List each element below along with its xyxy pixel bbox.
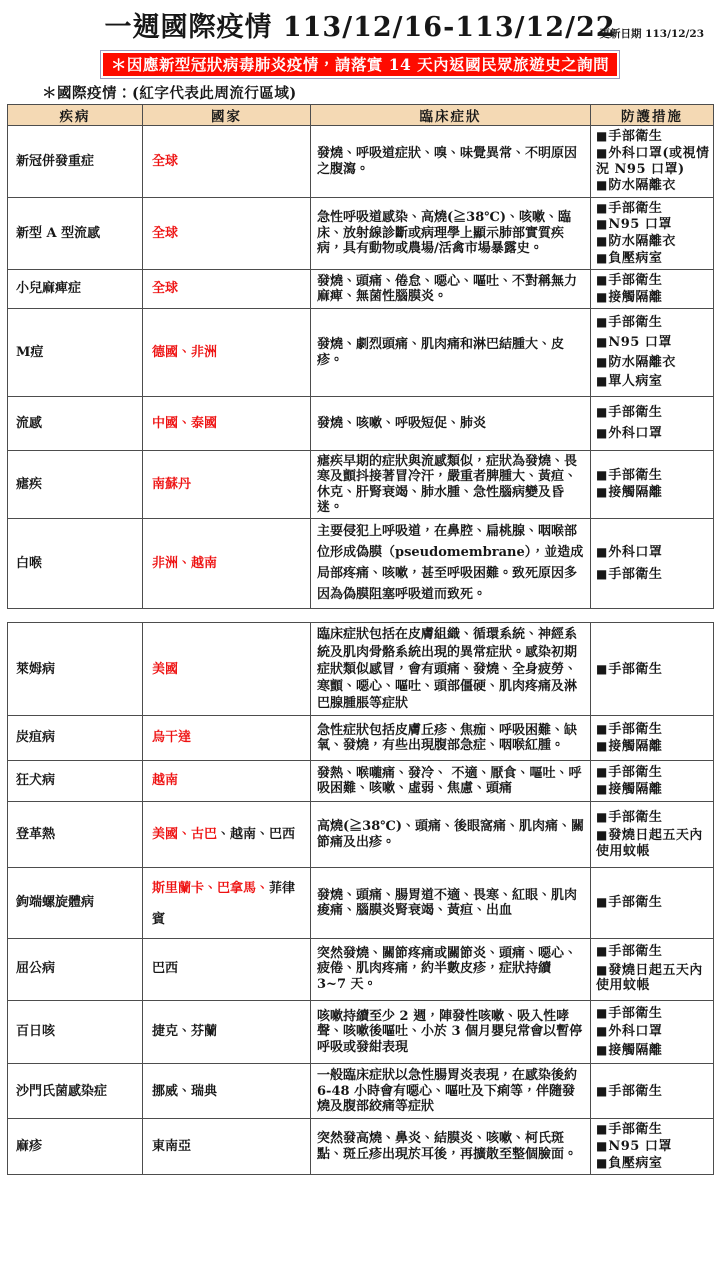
measure-item: ■手部衛生	[596, 129, 710, 145]
checkbox-square-icon: ■	[596, 567, 607, 581]
clinical-symptoms: 高燒(≧38℃)、頭痛、後眼窩痛、肌肉痛、關節痛及出疹。	[311, 802, 591, 868]
disease-row: 鉤端螺旋體病斯里蘭卡、巴拿馬、菲律賓發燒、頭痛、腸胃道不適、畏寒、紅眼、肌肉痠痛…	[8, 868, 714, 938]
disease-row: 白喉非洲、越南主要侵犯上呼吸道，在鼻腔、扁桃腺、咽喉部位形成偽膜（pseudom…	[8, 519, 714, 609]
measure-label: 防水隔離衣	[608, 234, 676, 249]
checkbox-square-icon: ■	[596, 468, 607, 482]
measure-item: ■手部衛生	[596, 1084, 710, 1100]
disease-name: 麻疹	[8, 1119, 143, 1175]
disease-name: 屈公病	[8, 938, 143, 1000]
disease-row: 小兒麻痺症全球發燒、頭痛、倦怠、噁心、嘔吐、不對稱無力麻痺、無菌性腦膜炎。■手部…	[8, 270, 714, 309]
checkbox-square-icon: ■	[596, 895, 607, 909]
table-body: 萊姆病美國臨床症狀包括在皮膚組織、循環系統、神經系統及肌肉骨骼系統出現的異常症狀…	[8, 623, 714, 1175]
measure-item: ■外科口罩	[596, 1024, 710, 1040]
clinical-symptoms: 臨床症狀包括在皮膚組織、循環系統、神經系統及肌肉骨骼系統出現的異常症狀。感染初期…	[311, 623, 591, 716]
covid-notice-banner: ＊因應新型冠狀病毒肺炎疫情，請落實 14 天內返國民眾旅遊史之詢問	[100, 50, 620, 79]
protective-measures: ■手部衛生■發燒日起五天內使用蚊帳	[591, 938, 714, 1000]
measure-label: 接觸隔離	[608, 290, 662, 305]
disease-name: 白喉	[8, 519, 143, 609]
checkbox-square-icon: ■	[596, 739, 607, 753]
measure-label: 手部衛生	[608, 810, 662, 825]
protective-measures: ■手部衛生■外科口罩	[591, 396, 714, 450]
disease-row: 沙門氏菌感染症挪威、瑞典一般臨床症狀以急性腸胃炎表現，在感染後約 6-48 小時…	[8, 1064, 714, 1119]
measure-label: 手部衛生	[608, 1006, 662, 1021]
epidemic-table: 萊姆病美國臨床症狀包括在皮膚組織、循環系統、神經系統及肌肉骨骼系統出現的異常症狀…	[7, 622, 714, 1175]
measure-item: ■單人病室	[596, 374, 710, 390]
measure-label: 手部衛生	[608, 765, 662, 780]
country-list: 烏干達	[143, 716, 311, 761]
epidemic-table: 疾病國家臨床症狀防護措施新冠併發重症全球發燒、呼吸道症狀、嗅、味覺異常、不明原因…	[7, 104, 714, 609]
disease-row: 屈公病巴西突然發燒、關節疼痛或關節炎、頭痛、噁心、疲倦、肌肉疼痛，約半數皮疹，症…	[8, 938, 714, 1000]
clinical-symptoms: 咳嗽持續至少 2 週，陣發性咳嗽、吸入性哮聲、咳嗽後嘔吐、小於 3 個月嬰兒常會…	[311, 1000, 591, 1064]
measure-item: ■手部衛生	[596, 944, 710, 960]
country-epidemic-region: 南蘇丹	[152, 477, 191, 492]
disease-row: 炭疽病烏干達急性症狀包括皮膚丘疹、焦痂、呼吸困難、缺氧、發燒，有些出現腹部急症、…	[8, 716, 714, 761]
disease-name: 新型 A 型流感	[8, 197, 143, 269]
protective-measures: ■手部衛生	[591, 623, 714, 716]
measure-label: 手部衛生	[608, 468, 662, 483]
country-list: 非洲、越南	[143, 519, 311, 609]
checkbox-square-icon: ■	[596, 765, 607, 779]
country-name: 捷克、芬蘭	[152, 1024, 217, 1039]
disease-name: 瘧疾	[8, 450, 143, 518]
covid-notice-text: ＊因應新型冠狀病毒肺炎疫情，請落實 14 天內返國民眾旅遊史之詢問	[103, 53, 617, 76]
country-list: 斯里蘭卡、巴拿馬、菲律賓	[143, 868, 311, 938]
country-list: 東南亞	[143, 1119, 311, 1175]
measure-label: 發燒日起五天內使用蚊帳	[596, 828, 703, 859]
measure-item: ■手部衛生	[596, 1006, 710, 1022]
disease-row: 瘧疾南蘇丹瘧疾早期的症狀與流感類似，症狀為發燒、畏寒及顫抖接著冒冷汗，嚴重者脾腫…	[8, 450, 714, 518]
checkbox-square-icon: ■	[596, 722, 607, 736]
measure-item: ■防水隔離衣	[596, 234, 710, 250]
protective-measures: ■手部衛生■N95 口罩■負壓病室	[591, 1119, 714, 1175]
disease-row: 狂犬病越南發熱、喉嚨痛、發冷、 不適、厭食、嘔吐、呼吸困難、咳嗽、虛弱、焦慮、頭…	[8, 761, 714, 802]
checkbox-square-icon: ■	[596, 1043, 607, 1057]
protective-measures: ■手部衛生	[591, 1064, 714, 1119]
country-list: 越南	[143, 761, 311, 802]
column-header: 國家	[143, 105, 311, 126]
measure-label: 手部衛生	[608, 944, 662, 959]
country-list: 中國、泰國	[143, 396, 311, 450]
protective-measures: ■手部衛生■外科口罩■接觸隔離	[591, 1000, 714, 1064]
protective-measures: ■手部衛生■接觸隔離	[591, 761, 714, 802]
clinical-symptoms: 發燒、咳嗽、呼吸短促、肺炎	[311, 396, 591, 450]
bulletin-page: 一週國際疫情 113/12/16-113/12/22 更新日期 113/12/2…	[0, 0, 720, 1280]
measure-label: 外科口罩(或視情況 N95 口罩)	[596, 146, 710, 177]
clinical-symptoms: 急性症狀包括皮膚丘疹、焦痂、呼吸困難、缺氧、發燒，有些出現腹部急症、咽喉紅腫。	[311, 716, 591, 761]
country-name: 、越南、巴西	[217, 827, 295, 842]
checkbox-square-icon: ■	[596, 426, 607, 440]
measure-label: N95 口罩	[608, 217, 672, 232]
checkbox-square-icon: ■	[596, 782, 607, 796]
country-epidemic-region: 烏干達	[152, 730, 191, 745]
disease-name: 新冠併發重症	[8, 126, 143, 197]
measure-label: 負壓病室	[608, 251, 662, 266]
measure-item: ■手部衛生	[596, 895, 710, 911]
measure-item: ■N95 口罩	[596, 1139, 710, 1155]
checkbox-square-icon: ■	[596, 963, 607, 977]
measure-label: 手部衛生	[608, 273, 662, 288]
measure-label: 防水隔離衣	[608, 178, 676, 193]
measure-item: ■N95 口罩	[596, 217, 710, 233]
measure-label: 接觸隔離	[608, 485, 662, 500]
protective-measures: ■手部衛生	[591, 868, 714, 938]
disease-row: 萊姆病美國臨床症狀包括在皮膚組織、循環系統、神經系統及肌肉骨骼系統出現的異常症狀…	[8, 623, 714, 716]
country-epidemic-region: 德國、非洲	[152, 345, 217, 360]
measure-label: N95 口罩	[608, 1139, 672, 1154]
measure-label: 手部衛生	[608, 405, 662, 420]
checkbox-square-icon: ■	[596, 374, 607, 388]
disease-row: 百日咳捷克、芬蘭咳嗽持續至少 2 週，陣發性咳嗽、吸入性哮聲、咳嗽後嘔吐、小於 …	[8, 1000, 714, 1064]
checkbox-square-icon: ■	[596, 1139, 607, 1153]
disease-name: 鉤端螺旋體病	[8, 868, 143, 938]
clinical-symptoms: 發燒、呼吸道症狀、嗅、味覺異常、不明原因之腹瀉。	[311, 126, 591, 197]
clinical-symptoms: 突然發高燒、鼻炎、結膜炎、咳嗽、柯氏斑點、斑丘疹出現於耳後，再擴散至整個臉面。	[311, 1119, 591, 1175]
measure-item: ■負壓病室	[596, 251, 710, 267]
checkbox-square-icon: ■	[596, 1006, 607, 1020]
disease-name: 小兒麻痺症	[8, 270, 143, 309]
country-list: 捷克、芬蘭	[143, 1000, 311, 1064]
measure-item: ■手部衛生	[596, 567, 710, 583]
measure-item: ■發燒日起五天內使用蚊帳	[596, 828, 710, 859]
protective-measures: ■手部衛生■接觸隔離	[591, 450, 714, 518]
table-head: 疾病國家臨床症狀防護措施	[8, 105, 714, 126]
measure-label: 手部衛生	[608, 1084, 662, 1099]
protective-measures: ■手部衛生■N95 口罩■防水隔離衣■單人病室	[591, 309, 714, 396]
clinical-symptoms: 主要侵犯上呼吸道，在鼻腔、扁桃腺、咽喉部位形成偽膜（pseudomembrane…	[311, 519, 591, 609]
disease-table-1: 疾病國家臨床症狀防護措施新冠併發重症全球發燒、呼吸道症狀、嗅、味覺異常、不明原因…	[0, 104, 720, 609]
measure-label: 接觸隔離	[608, 782, 662, 797]
protective-measures: ■手部衛生■外科口罩(或視情況 N95 口罩)■防水隔離衣	[591, 126, 714, 197]
country-epidemic-region: 美國	[152, 662, 178, 677]
measure-item: ■防水隔離衣	[596, 178, 710, 194]
checkbox-square-icon: ■	[596, 1024, 607, 1038]
measure-label: 手部衛生	[608, 662, 662, 677]
measure-item: ■發燒日起五天內使用蚊帳	[596, 963, 710, 994]
measure-item: ■接觸隔離	[596, 782, 710, 798]
measure-label: 接觸隔離	[608, 739, 662, 754]
country-list: 全球	[143, 270, 311, 309]
checkbox-square-icon: ■	[596, 217, 607, 231]
measure-item: ■外科口罩	[596, 545, 710, 561]
measure-label: 外科口罩	[608, 545, 662, 560]
measure-item: ■接觸隔離	[596, 739, 710, 755]
country-list: 挪威、瑞典	[143, 1064, 311, 1119]
country-epidemic-region: 全球	[152, 281, 178, 296]
measure-label: 外科口罩	[608, 426, 662, 441]
measure-item: ■手部衛生	[596, 201, 710, 217]
checkbox-square-icon: ■	[596, 545, 607, 559]
country-epidemic-region: 全球	[152, 154, 178, 169]
measure-item: ■手部衛生	[596, 468, 710, 484]
checkbox-square-icon: ■	[596, 944, 607, 958]
disease-name: M痘	[8, 309, 143, 396]
checkbox-square-icon: ■	[596, 828, 607, 842]
measure-item: ■N95 口罩	[596, 335, 710, 351]
country-epidemic-region: 非洲、越南	[152, 556, 217, 571]
measure-label: 發燒日起五天內使用蚊帳	[596, 963, 703, 994]
update-date: 更新日期 113/12/23	[600, 26, 704, 41]
measure-item: ■接觸隔離	[596, 1043, 710, 1059]
measure-item: ■接觸隔離	[596, 290, 710, 306]
column-header: 臨床症狀	[311, 105, 591, 126]
measure-label: 手部衛生	[608, 567, 662, 582]
measure-label: 手部衛生	[608, 201, 662, 216]
country-epidemic-region: 越南	[152, 773, 178, 788]
country-name: 挪威、瑞典	[152, 1084, 217, 1099]
clinical-symptoms: 一般臨床症狀以急性腸胃炎表現，在感染後約 6-48 小時會有噁心、嘔吐及下痢等，…	[311, 1064, 591, 1119]
checkbox-square-icon: ■	[596, 273, 607, 287]
measure-item: ■負壓病室	[596, 1156, 710, 1172]
checkbox-square-icon: ■	[596, 335, 607, 349]
measure-label: 接觸隔離	[608, 1043, 662, 1058]
protective-measures: ■手部衛生■N95 口罩■防水隔離衣■負壓病室	[591, 197, 714, 269]
disease-name: 百日咳	[8, 1000, 143, 1064]
column-header: 疾病	[8, 105, 143, 126]
checkbox-square-icon: ■	[596, 290, 607, 304]
country-list: 巴西	[143, 938, 311, 1000]
protective-measures: ■手部衛生■接觸隔離	[591, 716, 714, 761]
protective-measures: ■手部衛生■接觸隔離	[591, 270, 714, 309]
measure-label: 負壓病室	[608, 1156, 662, 1171]
measure-label: 外科口罩	[608, 1024, 662, 1039]
checkbox-square-icon: ■	[596, 129, 607, 143]
country-name: 東南亞	[152, 1139, 191, 1154]
country-epidemic-region: 全球	[152, 226, 178, 241]
measure-item: ■外科口罩(或視情況 N95 口罩)	[596, 146, 710, 177]
disease-name: 流感	[8, 396, 143, 450]
protective-measures: ■手部衛生■發燒日起五天內使用蚊帳	[591, 802, 714, 868]
measure-label: 手部衛生	[608, 895, 662, 910]
section-label: ＊國際疫情：(紅字代表此周流行區域)	[42, 82, 720, 103]
checkbox-square-icon: ■	[596, 810, 607, 824]
clinical-symptoms: 急性呼吸道感染、高燒(≧38℃)、咳嗽、臨床、放射線診斷或病理學上顯示肺部實質疾…	[311, 197, 591, 269]
table-body: 新冠併發重症全球發燒、呼吸道症狀、嗅、味覺異常、不明原因之腹瀉。■手部衛生■外科…	[8, 126, 714, 609]
measure-item: ■手部衛生	[596, 273, 710, 289]
country-list: 全球	[143, 126, 311, 197]
country-list: 全球	[143, 197, 311, 269]
measure-item: ■防水隔離衣	[596, 355, 710, 371]
disease-row: 麻疹東南亞突然發高燒、鼻炎、結膜炎、咳嗽、柯氏斑點、斑丘疹出現於耳後，再擴散至整…	[8, 1119, 714, 1175]
measure-item: ■外科口罩	[596, 426, 710, 442]
measure-label: 單人病室	[608, 374, 662, 389]
measure-label: 手部衛生	[608, 315, 662, 330]
table-header-row: 疾病國家臨床症狀防護措施	[8, 105, 714, 126]
measure-label: 手部衛生	[608, 129, 662, 144]
checkbox-square-icon: ■	[596, 1084, 607, 1098]
checkbox-square-icon: ■	[596, 355, 607, 369]
checkbox-square-icon: ■	[596, 201, 607, 215]
measure-item: ■手部衛生	[596, 722, 710, 738]
document-header: 一週國際疫情 113/12/16-113/12/22 更新日期 113/12/2…	[0, 0, 720, 103]
country-name: 巴西	[152, 961, 178, 976]
country-list: 美國	[143, 623, 311, 716]
measure-label: 防水隔離衣	[608, 355, 676, 370]
clinical-symptoms: 瘧疾早期的症狀與流感類似，症狀為發燒、畏寒及顫抖接著冒冷汗，嚴重者脾腫大、黃疸、…	[311, 450, 591, 518]
country-epidemic-region: 斯里蘭卡、巴拿馬、	[152, 881, 269, 896]
clinical-symptoms: 發熱、喉嚨痛、發冷、 不適、厭食、嘔吐、呼吸困難、咳嗽、虛弱、焦慮、頭痛	[311, 761, 591, 802]
measure-item: ■手部衛生	[596, 315, 710, 331]
checkbox-square-icon: ■	[596, 485, 607, 499]
disease-row: 新冠併發重症全球發燒、呼吸道症狀、嗅、味覺異常、不明原因之腹瀉。■手部衛生■外科…	[8, 126, 714, 197]
disease-row: 流感中國、泰國發燒、咳嗽、呼吸短促、肺炎■手部衛生■外科口罩	[8, 396, 714, 450]
country-list: 美國、古巴、越南、巴西	[143, 802, 311, 868]
checkbox-square-icon: ■	[596, 662, 607, 676]
checkbox-square-icon: ■	[596, 1122, 607, 1136]
country-list: 南蘇丹	[143, 450, 311, 518]
clinical-symptoms: 發燒、頭痛、倦怠、噁心、嘔吐、不對稱無力麻痺、無菌性腦膜炎。	[311, 270, 591, 309]
checkbox-square-icon: ■	[596, 251, 607, 265]
checkbox-square-icon: ■	[596, 405, 607, 419]
checkbox-square-icon: ■	[596, 178, 607, 192]
clinical-symptoms: 發燒、頭痛、腸胃道不適、畏寒、紅眼、肌肉痠痛、腦膜炎腎衰竭、黃疸、出血	[311, 868, 591, 938]
clinical-symptoms: 突然發燒、關節疼痛或關節炎、頭痛、噁心、疲倦、肌肉疼痛，約半數皮疹，症狀持續 3…	[311, 938, 591, 1000]
country-epidemic-region: 中國、泰國	[152, 416, 217, 431]
measure-item: ■手部衛生	[596, 662, 710, 678]
measure-item: ■手部衛生	[596, 405, 710, 421]
measure-item: ■手部衛生	[596, 810, 710, 826]
clinical-symptoms: 發燒、劇烈頭痛、肌肉痛和淋巴結腫大、皮疹。	[311, 309, 591, 396]
checkbox-square-icon: ■	[596, 1156, 607, 1170]
disease-name: 狂犬病	[8, 761, 143, 802]
column-header: 防護措施	[591, 105, 714, 126]
checkbox-square-icon: ■	[596, 146, 607, 160]
checkbox-square-icon: ■	[596, 315, 607, 329]
disease-row: M痘德國、非洲發燒、劇烈頭痛、肌肉痛和淋巴結腫大、皮疹。■手部衛生■N95 口罩…	[8, 309, 714, 396]
measure-label: 手部衛生	[608, 1122, 662, 1137]
disease-table-2: 萊姆病美國臨床症狀包括在皮膚組織、循環系統、神經系統及肌肉骨骼系統出現的異常症狀…	[0, 622, 720, 1175]
disease-name: 炭疽病	[8, 716, 143, 761]
disease-name: 登革熱	[8, 802, 143, 868]
measure-item: ■手部衛生	[596, 765, 710, 781]
country-list: 德國、非洲	[143, 309, 311, 396]
country-epidemic-region: 美國、古巴	[152, 827, 217, 842]
measure-label: 手部衛生	[608, 722, 662, 737]
disease-row: 新型 A 型流感全球急性呼吸道感染、高燒(≧38℃)、咳嗽、臨床、放射線診斷或病…	[8, 197, 714, 269]
disease-row: 登革熱美國、古巴、越南、巴西高燒(≧38℃)、頭痛、後眼窩痛、肌肉痛、關節痛及出…	[8, 802, 714, 868]
checkbox-square-icon: ■	[596, 234, 607, 248]
measure-item: ■接觸隔離	[596, 485, 710, 501]
measure-label: N95 口罩	[608, 335, 672, 350]
disease-name: 萊姆病	[8, 623, 143, 716]
measure-item: ■手部衛生	[596, 1122, 710, 1138]
protective-measures: ■外科口罩■手部衛生	[591, 519, 714, 609]
disease-name: 沙門氏菌感染症	[8, 1064, 143, 1119]
